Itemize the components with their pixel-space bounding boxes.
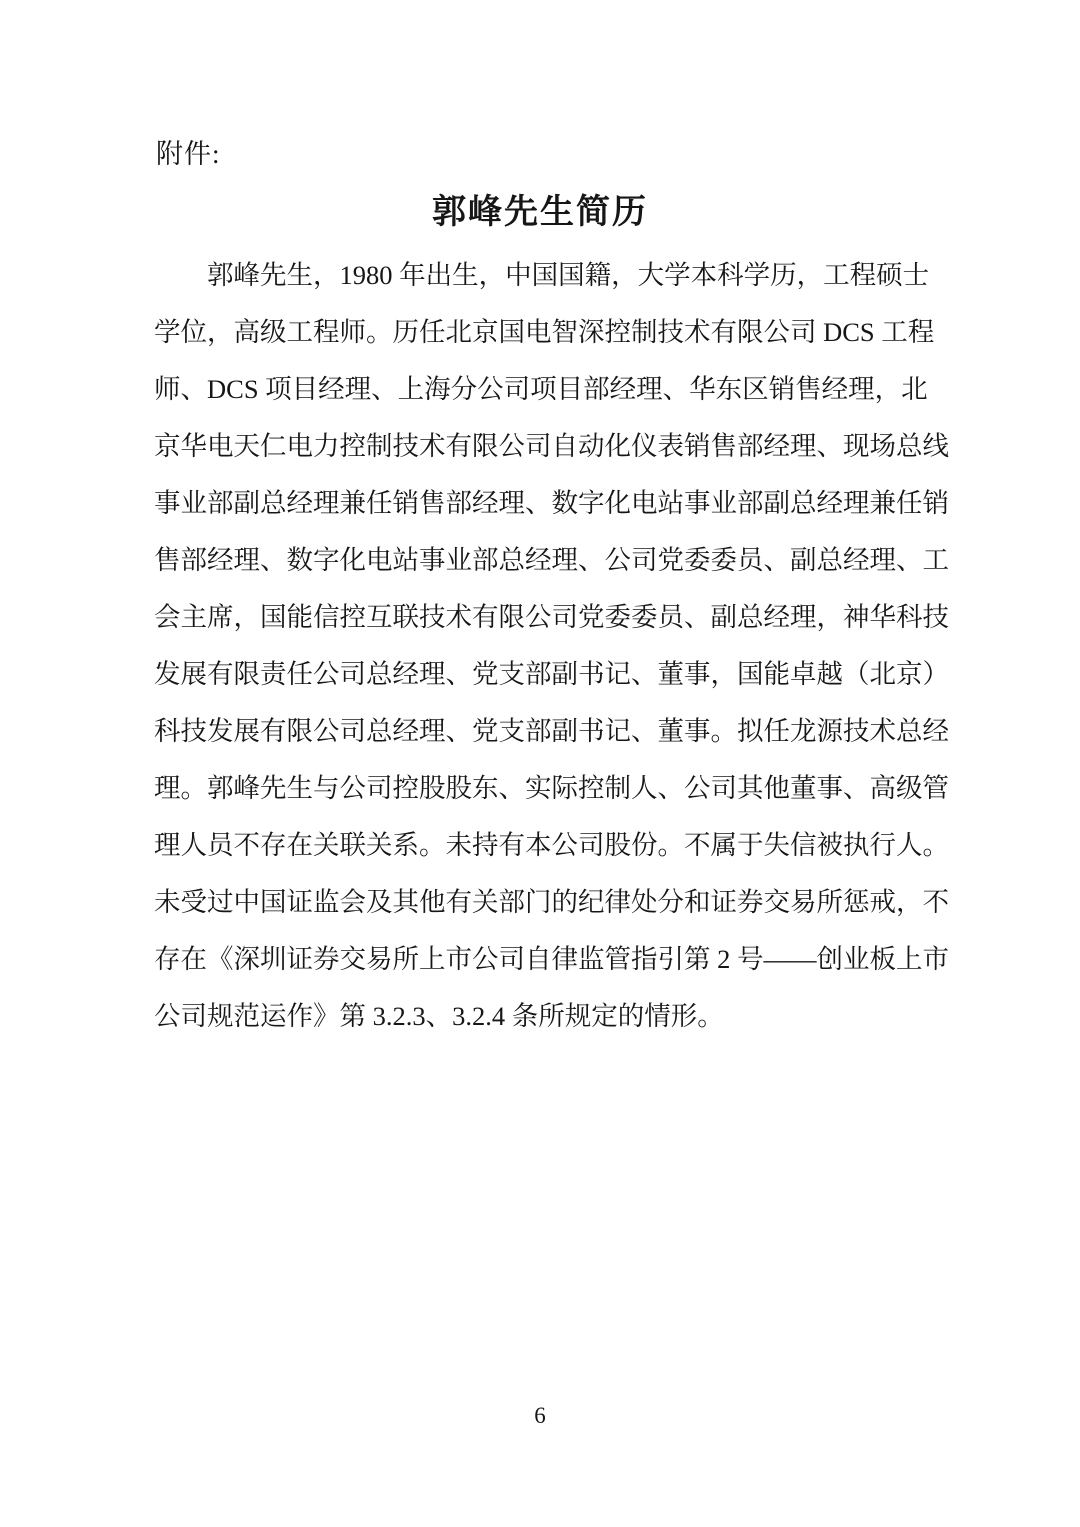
paragraph-line: 发展有限责任公司总经理、党支部副书记、董事，国能卓越（北京）	[154, 646, 922, 703]
paragraph-line: 学位，高级工程师。历任北京国电智深控制技术有限公司 DCS 工程	[154, 304, 922, 361]
paragraph-line: 科技发展有限公司总经理、党支部副书记、董事。拟任龙源技术总经	[154, 703, 922, 760]
paragraph-line: 理人员不存在关联关系。未持有本公司股份。不属于失信被执行人。	[154, 817, 922, 874]
page-title: 郭峰先生简历	[0, 192, 1080, 234]
paragraph-line: 会主席，国能信控互联技术有限公司党委委员、副总经理，神华科技	[154, 589, 922, 646]
paragraph-line: 未受过中国证监会及其他有关部门的纪律处分和证券交易所惩戒，不	[154, 874, 922, 931]
paragraph-line: 师、DCS 项目经理、上海分公司项目部经理、华东区销售经理，北	[154, 361, 922, 418]
paragraph-line: 公司规范运作》第 3.2.3、3.2.4 条所规定的情形。	[154, 988, 922, 1045]
paragraph-line: 郭峰先生，1980 年出生，中国国籍，大学本科学历，工程硕士	[154, 247, 922, 304]
page-number: 6	[0, 1402, 1080, 1430]
paragraph-line: 存在《深圳证券交易所上市公司自律监管指引第 2 号——创业板上市	[154, 931, 922, 988]
attachment-label: 附件:	[156, 138, 221, 170]
biography-paragraph: 郭峰先生，1980 年出生，中国国籍，大学本科学历，工程硕士学位，高级工程师。历…	[154, 247, 922, 1045]
paragraph-line: 售部经理、数字化电站事业部总经理、公司党委委员、副总经理、工	[154, 532, 922, 589]
paragraph-line: 事业部副总经理兼任销售部经理、数字化电站事业部副总经理兼任销	[154, 475, 922, 532]
paragraph-line: 京华电天仁电力控制技术有限公司自动化仪表销售部经理、现场总线	[154, 418, 922, 475]
paragraph-line: 理。郭峰先生与公司控股股东、实际控制人、公司其他董事、高级管	[154, 760, 922, 817]
document-page: 附件: 郭峰先生简历 郭峰先生，1980 年出生，中国国籍，大学本科学历，工程硕…	[0, 0, 1080, 1527]
